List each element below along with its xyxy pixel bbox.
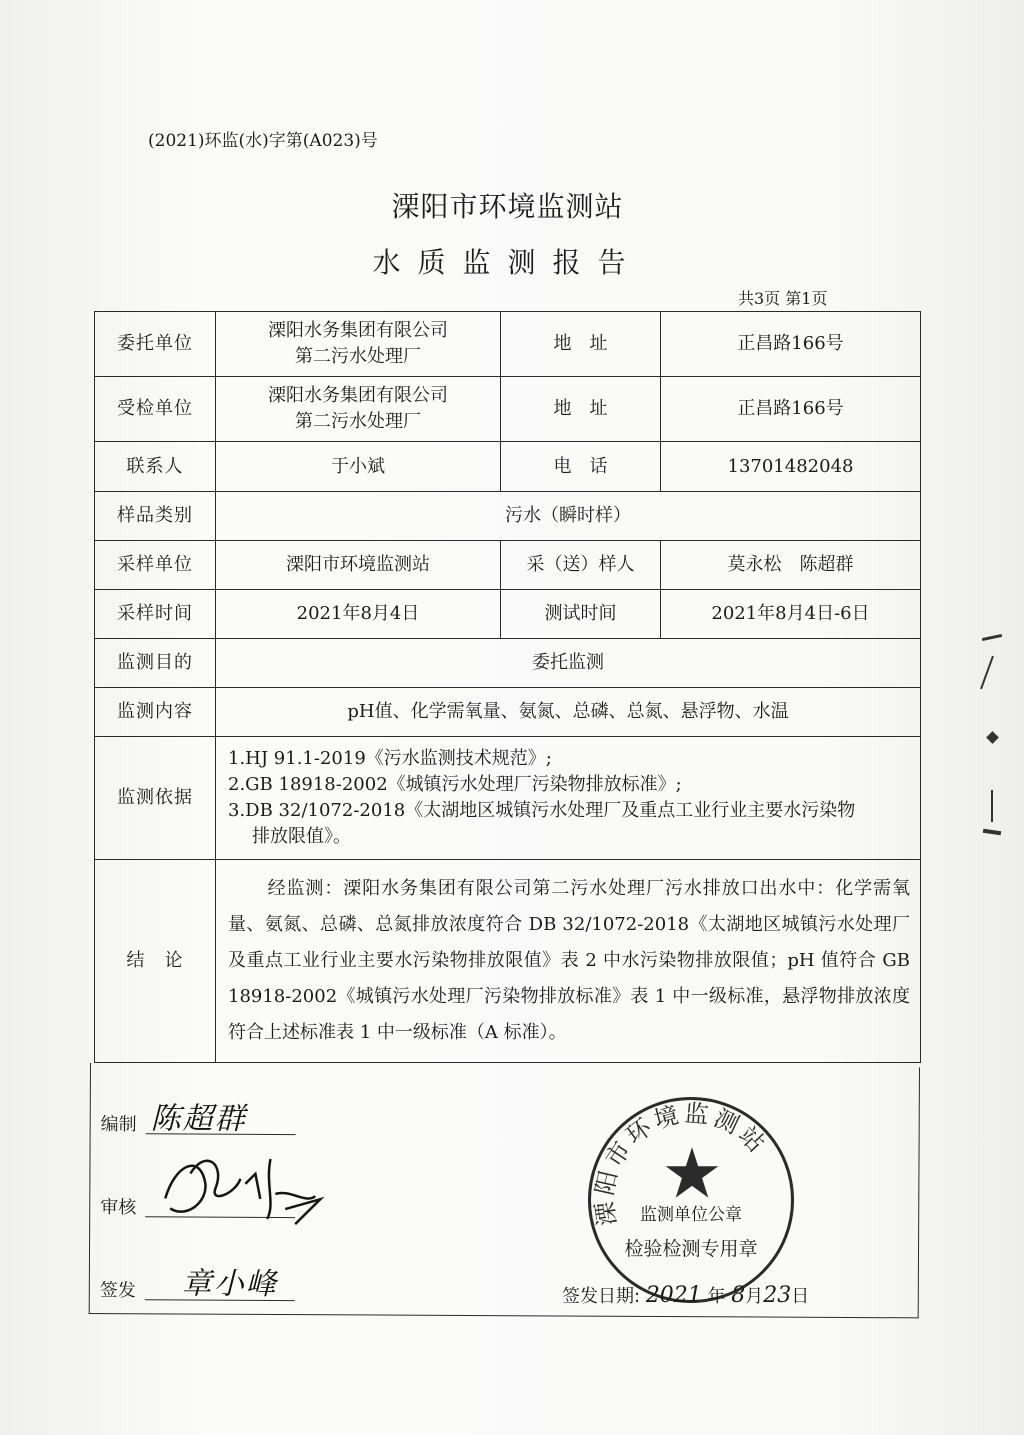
- issue-date-day-unit: 日: [791, 1286, 809, 1307]
- value-client: 溧阳水务集团有限公司 第二污水处理厂: [216, 312, 501, 377]
- table-row-sampling-time: 采样时间 2021年8月4日 测试时间 2021年8月4日-6日: [95, 590, 921, 639]
- value-client-address: 正昌路166号: [661, 312, 921, 377]
- value-conclusion: 经监测：溧阳水务集团有限公司第二污水处理厂污水排放口出水中：化学需氧量、氨氮、总…: [216, 860, 921, 1063]
- table-row-contact: 联系人 于小斌 电 话 13701482048: [95, 442, 921, 492]
- inspected-name-line2: 第二污水处理厂: [216, 409, 500, 435]
- table-row-inspected: 受检单位 溧阳水务集团有限公司 第二污水处理厂 地 址 正昌路166号: [95, 377, 921, 442]
- basis-item-2: 2.GB 18918-2002《城镇污水处理厂污染物排放标准》;: [228, 772, 920, 798]
- star-icon: [664, 1145, 720, 1201]
- label-sampling-unit: 采样单位: [95, 541, 216, 590]
- issue-date: 签发日期: 2021 年 8月23日: [562, 1282, 809, 1308]
- label-basis: 监测依据: [95, 737, 216, 860]
- issue-date-year-unit: 年: [708, 1286, 726, 1307]
- table-row-client: 委托单位 溧阳水务集团有限公司 第二污水处理厂 地 址 正昌路166号: [95, 312, 921, 377]
- signature-box: 编制 陈超群 审核 签发 章小峰: [89, 1063, 920, 1318]
- issue-date-year: 2021: [646, 1283, 702, 1308]
- report-title: 水质监测报告: [0, 241, 1015, 281]
- label-purpose: 监测目的: [95, 639, 216, 688]
- label-content: 监测内容: [95, 688, 216, 737]
- label-inspected-address: 地 址: [501, 377, 661, 442]
- value-inspected: 溧阳水务集团有限公司 第二污水处理厂: [216, 377, 501, 442]
- value-sampling-time: 2021年8月4日: [216, 590, 501, 639]
- client-name-line2: 第二污水处理厂: [216, 344, 500, 370]
- label-contact: 联系人: [95, 442, 216, 492]
- table-row-sampling-unit: 采样单位 溧阳市环境监测站 采（送）样人 莫永松 陈超群: [95, 541, 921, 590]
- basis-item-1: 1.HJ 91.1-2019《污水监测技术规范》;: [228, 746, 920, 772]
- approved-label: 签发: [100, 1276, 136, 1302]
- inspected-name-line1: 溧阳水务集团有限公司: [216, 383, 500, 409]
- value-sample-type: 污水（瞬时样）: [216, 492, 921, 541]
- label-conclusion: 结 论: [95, 860, 216, 1063]
- label-client: 委托单位: [95, 312, 216, 377]
- compiled-signature: 陈超群: [151, 1093, 247, 1138]
- organization-title: 溧阳市环境监测站: [0, 185, 1015, 225]
- value-content: pH值、化学需氧量、氨氮、总磷、总氮、悬浮物、水温: [216, 688, 921, 737]
- label-phone: 电 话: [501, 442, 661, 492]
- value-sampling-unit: 溧阳市环境监测站: [216, 541, 501, 590]
- issue-date-label: 签发日期:: [562, 1286, 640, 1307]
- page-info: 共3页 第1页: [738, 286, 827, 309]
- table-row-basis: 监测依据 1.HJ 91.1-2019《污水监测技术规范》; 2.GB 1891…: [95, 737, 921, 860]
- value-phone: 13701482048: [661, 442, 921, 492]
- issue-date-day: 23: [763, 1283, 791, 1308]
- margin-mark-4: [991, 790, 993, 822]
- value-contact: 于小斌: [216, 442, 501, 492]
- issue-date-month-unit: 月: [745, 1286, 763, 1307]
- issue-date-month: 8: [731, 1283, 745, 1308]
- approved-signature: 章小峰: [182, 1258, 278, 1303]
- table-row-purpose: 监测目的 委托监测: [95, 639, 921, 688]
- table-row-content: 监测内容 pH值、化学需氧量、氨氮、总磷、总氮、悬浮物、水温: [95, 688, 921, 737]
- client-name-line1: 溧阳水务集团有限公司: [216, 318, 500, 344]
- value-purpose: 委托监测: [216, 639, 921, 688]
- label-sampler: 采（送）样人: [501, 541, 661, 590]
- label-client-address: 地 址: [501, 312, 661, 377]
- document-number: (2021)环监(水)字第(A023)号: [148, 126, 378, 151]
- basis-item-3: 3.DB 32/1072-2018《太湖地区城镇污水处理厂及重点工业行业主要水污…: [228, 798, 920, 824]
- value-test-time: 2021年8月4日-6日: [661, 590, 921, 639]
- basis-item-3-cont: 排放限值》。: [228, 824, 920, 850]
- value-sampler: 莫永松 陈超群: [661, 541, 921, 590]
- table-row-conclusion: 结 论 经监测：溧阳水务集团有限公司第二污水处理厂污水排放口出水中：化学需氧量、…: [95, 860, 921, 1063]
- conclusion-text: 经监测：溧阳水务集团有限公司第二污水处理厂污水排放口出水中：化学需氧量、氨氮、总…: [228, 871, 910, 1051]
- label-test-time: 测试时间: [501, 590, 661, 639]
- value-basis: 1.HJ 91.1-2019《污水监测技术规范》; 2.GB 18918-200…: [216, 737, 921, 860]
- label-sample-type: 样品类别: [95, 492, 216, 541]
- report-info-table: 委托单位 溧阳水务集团有限公司 第二污水处理厂 地 址 正昌路166号 受检单位…: [94, 311, 921, 1063]
- reviewed-signature-scribble: [145, 1143, 325, 1234]
- seal-line-2: 检验检测专用章: [611, 1234, 771, 1261]
- seal-line-1: 监测单位公章: [621, 1200, 761, 1225]
- label-inspected: 受检单位: [95, 377, 216, 442]
- value-inspected-address: 正昌路166号: [661, 377, 921, 442]
- official-seal: 溧阳市环境监测站 监测单位公章 检验检测专用章: [588, 1097, 794, 1303]
- label-sampling-time: 采样时间: [95, 590, 216, 639]
- compiled-label: 编制: [101, 1110, 137, 1136]
- reviewed-label: 审核: [100, 1193, 136, 1219]
- table-row-sample-type: 样品类别 污水（瞬时样）: [95, 492, 921, 541]
